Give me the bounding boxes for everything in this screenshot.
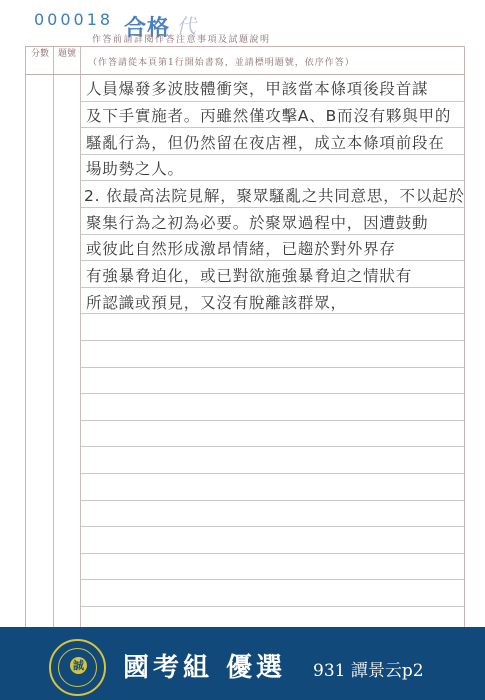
handwritten-line: 場助勢之人。 bbox=[86, 157, 184, 179]
ruled-line bbox=[81, 127, 464, 128]
banner-title: 國考組 優選 bbox=[123, 647, 286, 684]
handwritten-line: 有強暴脅迫化，或已對欲施強暴脅迫之情狀有 bbox=[86, 264, 412, 286]
column-divider bbox=[53, 47, 54, 628]
ruled-line bbox=[81, 553, 464, 554]
handwritten-line: 人員爆發多波肢體衝突，甲該當本條項後段首謀 bbox=[86, 77, 428, 99]
score-column-header: 分數 bbox=[30, 49, 50, 60]
ruled-line bbox=[81, 313, 464, 314]
handwritten-line: 所認識或預見，又沒有脫離該群眾， bbox=[86, 291, 347, 313]
answer-sheet: 分數 題號 （作答請從本頁第1行開始書寫，並請標明題號，依序作答） 人員爆發多波… bbox=[25, 46, 465, 628]
ruled-line bbox=[81, 340, 464, 341]
ruled-line bbox=[81, 234, 464, 235]
handwritten-line: 或彼此自然形成激昂情緒，已趨於對外界存 bbox=[86, 237, 396, 259]
ruled-line bbox=[81, 367, 464, 368]
handwritten-line: 2. 依最高法院見解，聚眾騷亂之共同意思，不以起於 bbox=[84, 184, 465, 206]
handwritten-line: 及下手實施者。丙雖然僅攻擊A、B而沒有夥與甲的 bbox=[86, 104, 451, 126]
ruled-line bbox=[81, 260, 464, 261]
ruled-line bbox=[81, 606, 464, 607]
ruled-line bbox=[81, 446, 464, 447]
ruled-line bbox=[81, 154, 464, 155]
ruled-line bbox=[81, 473, 464, 474]
ruled-line bbox=[81, 526, 464, 527]
ruled-line bbox=[81, 420, 464, 421]
sheet-instruction: （作答請從本頁第1行開始書寫，並請標明題號，依序作答） bbox=[88, 55, 355, 68]
university-logo-icon: 誠 bbox=[49, 639, 106, 696]
logo-ring: 誠 bbox=[58, 648, 97, 687]
ruled-line bbox=[81, 101, 464, 102]
ruled-line bbox=[81, 393, 464, 394]
ruled-line bbox=[81, 500, 464, 501]
footer-banner: 誠 國考組 優選 931 譚景云p2 bbox=[0, 627, 485, 700]
ruled-line bbox=[81, 207, 464, 208]
handwritten-line: 聚集行為之初為必要。於聚眾過程中，因遭鼓動 bbox=[86, 211, 428, 233]
sheet-header-row: 分數 題號 （作答請從本頁第1行開始書寫，並請標明題號，依序作答） bbox=[26, 47, 464, 75]
ruled-line bbox=[81, 180, 464, 181]
top-instruction: 作答前請詳閱作答注意事項及試題說明 bbox=[92, 32, 271, 45]
ruled-line bbox=[81, 287, 464, 288]
ruled-line bbox=[81, 579, 464, 580]
handwritten-line: 騷亂行為，但仍然留在夜店裡，成立本條項前段在 bbox=[86, 131, 445, 153]
banner-subtitle: 931 譚景云p2 bbox=[313, 656, 424, 681]
serial-number: 000018 bbox=[34, 10, 113, 29]
question-column-header: 題號 bbox=[57, 49, 77, 60]
column-divider bbox=[80, 47, 81, 628]
logo-emblem: 誠 bbox=[70, 657, 87, 674]
